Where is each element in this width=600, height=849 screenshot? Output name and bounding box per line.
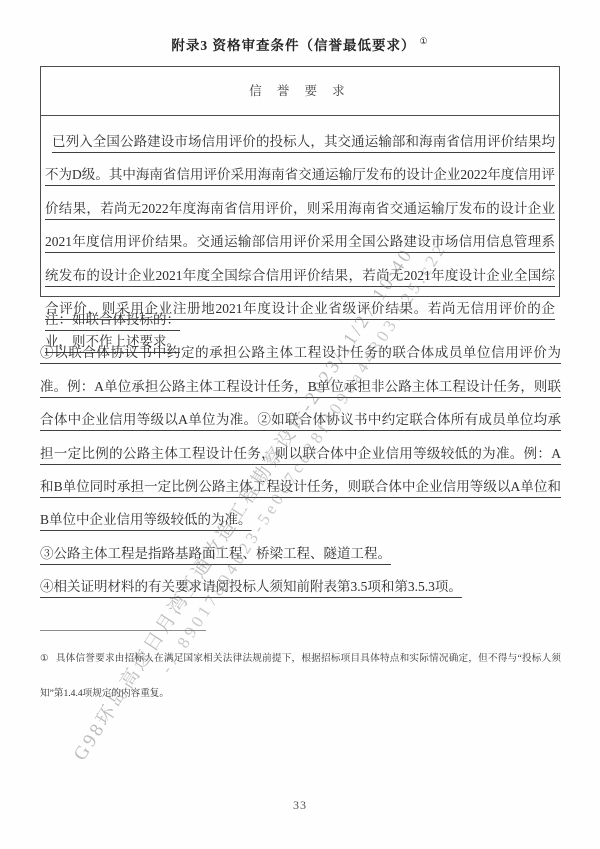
- table-header-cell: 信 誉 要 求: [41, 67, 559, 116]
- footnote-separator-line: [40, 630, 206, 631]
- page-title: 附录3 资格审查条件（信誉最低要求）①: [0, 34, 600, 54]
- footnote-body: 具体信誉要求由招标人在满足国家相关法律法规前提下，根据招标项目具体特点和实际情况…: [40, 653, 561, 699]
- credit-requirements-table: 信 誉 要 求 已列入全国公路建设市场信用评价的投标人，其交通运输部和海南省信用…: [40, 66, 560, 297]
- footnote-area: ①具体信誉要求由招标人在满足国家相关法律法规前提下，根据招标项目具体特点和实际情…: [40, 630, 561, 711]
- notes-heading: 注：如联合体投标的：: [40, 303, 561, 336]
- note-item-3: ④相关证明材料的有关要求请阅投标人须知前附表第3.5项和第3.5.3项。: [40, 570, 561, 603]
- page-number: 33: [0, 798, 600, 813]
- footnote-text: ①具体信誉要求由招标人在满足国家相关法律法规前提下，根据招标项目具体特点和实际情…: [40, 641, 561, 711]
- page-title-text: 附录3 资格审查条件（信誉最低要求）: [171, 38, 415, 53]
- note-item-2: ③公路主体工程是指路基路面工程、桥梁工程、隧道工程。: [40, 537, 561, 570]
- footnote-marker: ①: [40, 653, 49, 664]
- title-footnote-ref: ①: [420, 36, 429, 46]
- note-item-1: ①以联合体协议书中约定的承担公路主体工程设计任务的联合体成员单位信用评价为准。例…: [40, 336, 561, 536]
- notes-section: 注：如联合体投标的： ①以联合体协议书中约定的承担公路主体工程设计任务的联合体成…: [40, 303, 561, 604]
- document-page: G98环岛高速日月湾互通改造工程勘察设计-2023/11/27 10:40 -7…: [0, 0, 600, 849]
